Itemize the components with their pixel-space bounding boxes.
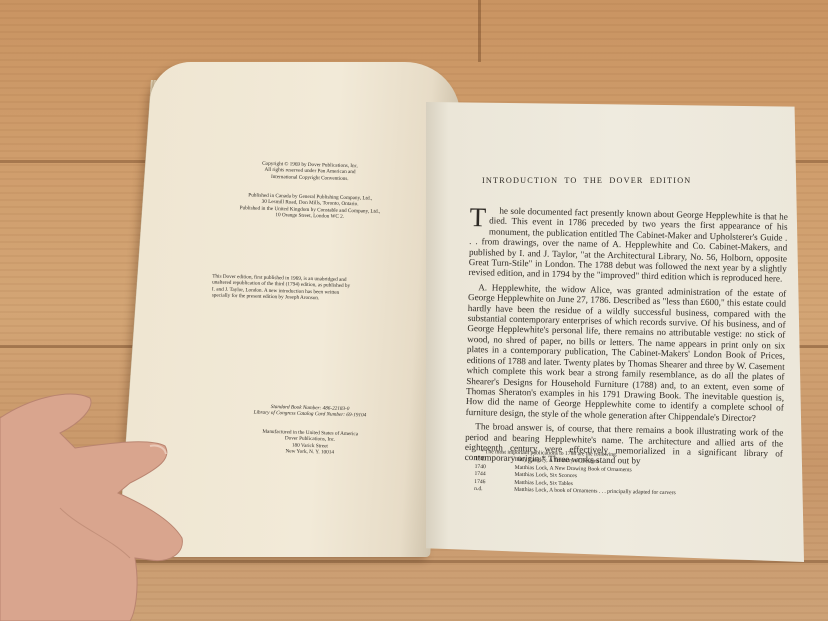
paragraph: A. Hepplewhite, the widow Alice, was gra…	[466, 282, 787, 424]
plank-seam	[478, 0, 481, 62]
manufacturer-block: Manufactured in the United States of Ame…	[220, 428, 401, 458]
drop-cap: T	[460, 207, 487, 229]
hand	[0, 388, 200, 621]
intro-title: INTRODUCTION TO THE DOVER EDITION	[482, 176, 691, 185]
edition-note: This Dover edition, first published in 1…	[212, 273, 408, 303]
publisher-block: Published in Canada by General Publishin…	[220, 192, 401, 222]
paragraph: he sole documented fact presently known …	[468, 206, 787, 284]
footnote-year: n.d.	[474, 486, 514, 494]
intro-body: The sole documented fact presently known…	[465, 205, 788, 473]
footnote-block: * The most important publications to 178…	[474, 449, 775, 500]
